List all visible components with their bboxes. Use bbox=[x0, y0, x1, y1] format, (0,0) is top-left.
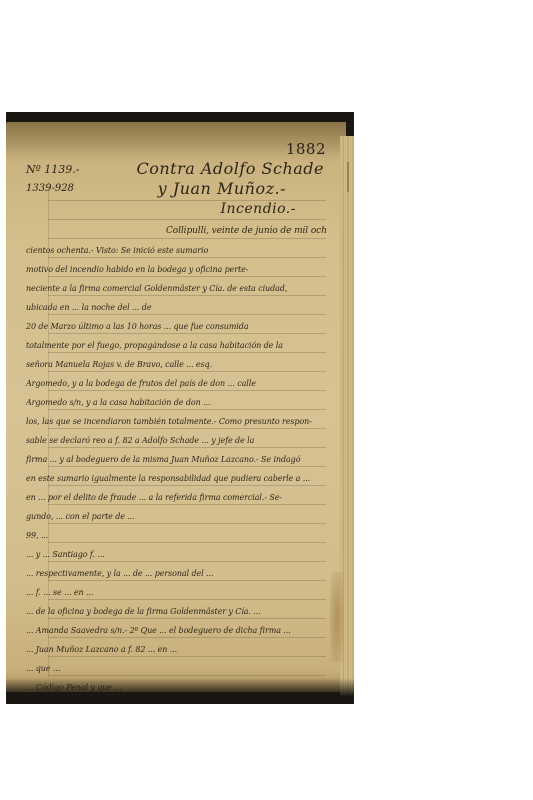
handwritten-body: Collipulli, veinte de junio de mil ocho-… bbox=[26, 222, 326, 704]
body-line: Argomedo, y a la bodega de frutos del pa… bbox=[26, 374, 326, 393]
case-title-line-1: Contra Adolfo Schade bbox=[136, 159, 324, 178]
body-line: totalmente por el fuego, propagándose a … bbox=[26, 336, 326, 355]
body-line: cientos ochenta.- Visto: Se inició este … bbox=[26, 241, 326, 260]
document-scan: 1882 Nº 1139.- 1339-928 Contra Adolfo Sc… bbox=[6, 112, 354, 704]
body-line: 99, ... bbox=[26, 526, 326, 545]
body-line: ... f. ... se ... en ... bbox=[26, 583, 326, 602]
body-line: sable se declaró reo a f. 82 a Adolfo Sc… bbox=[26, 431, 326, 450]
year-stamp: 1882 bbox=[286, 140, 326, 158]
body-line: ... y ... Santiago f. ... bbox=[26, 545, 326, 564]
reference-code: 1339-928 bbox=[26, 183, 74, 194]
body-line: neciente a la firma comercial Goldenmäst… bbox=[26, 279, 326, 298]
bottom-shadow bbox=[6, 678, 354, 704]
ledger-page: 1882 Nº 1139.- 1339-928 Contra Adolfo Sc… bbox=[6, 122, 346, 692]
case-title-line-2: y Juan Muñoz.- bbox=[158, 179, 286, 198]
body-line: señora Manuela Rojas v. de Bravo, calle … bbox=[26, 355, 326, 374]
body-line: en ... por el delito de fraude ... a la … bbox=[26, 488, 326, 507]
page-edge-mark bbox=[347, 162, 349, 192]
body-line: en este sumario igualmente la responsabi… bbox=[26, 469, 326, 488]
case-title-line-3: Incendio.- bbox=[221, 201, 297, 217]
body-line: firma ... y al bodeguero de la misma Jua… bbox=[26, 450, 326, 469]
body-line: ... que ... bbox=[26, 659, 326, 678]
body-line: gundo, ... con el parte de ... bbox=[26, 507, 326, 526]
body-line: ubicada en ... la noche del ... de bbox=[26, 298, 326, 317]
body-line: ... Juan Muñoz Lazcano a f. 82 ... en ..… bbox=[26, 640, 326, 659]
body-line: ... respectivamente, y la ... de ... per… bbox=[26, 564, 326, 583]
body-line: los, las que se incendiaron también tota… bbox=[26, 412, 326, 431]
body-line: 20 de Marzo último a las 10 horas ... qu… bbox=[26, 317, 326, 336]
body-line: Collipulli, veinte de junio de mil ocho- bbox=[26, 222, 326, 241]
body-line: ... Amanda Saavedra s/n.- 2º Que ... el … bbox=[26, 621, 326, 640]
body-line: ... de la oficina y bodega de la firma G… bbox=[26, 602, 326, 621]
body-line: motivo del incendio habido en la bodega … bbox=[26, 260, 326, 279]
reference-number: Nº 1139.- bbox=[26, 163, 80, 176]
paper-stain bbox=[330, 572, 344, 662]
body-line: Argomedo s/n, y a la casa habitación de … bbox=[26, 393, 326, 412]
